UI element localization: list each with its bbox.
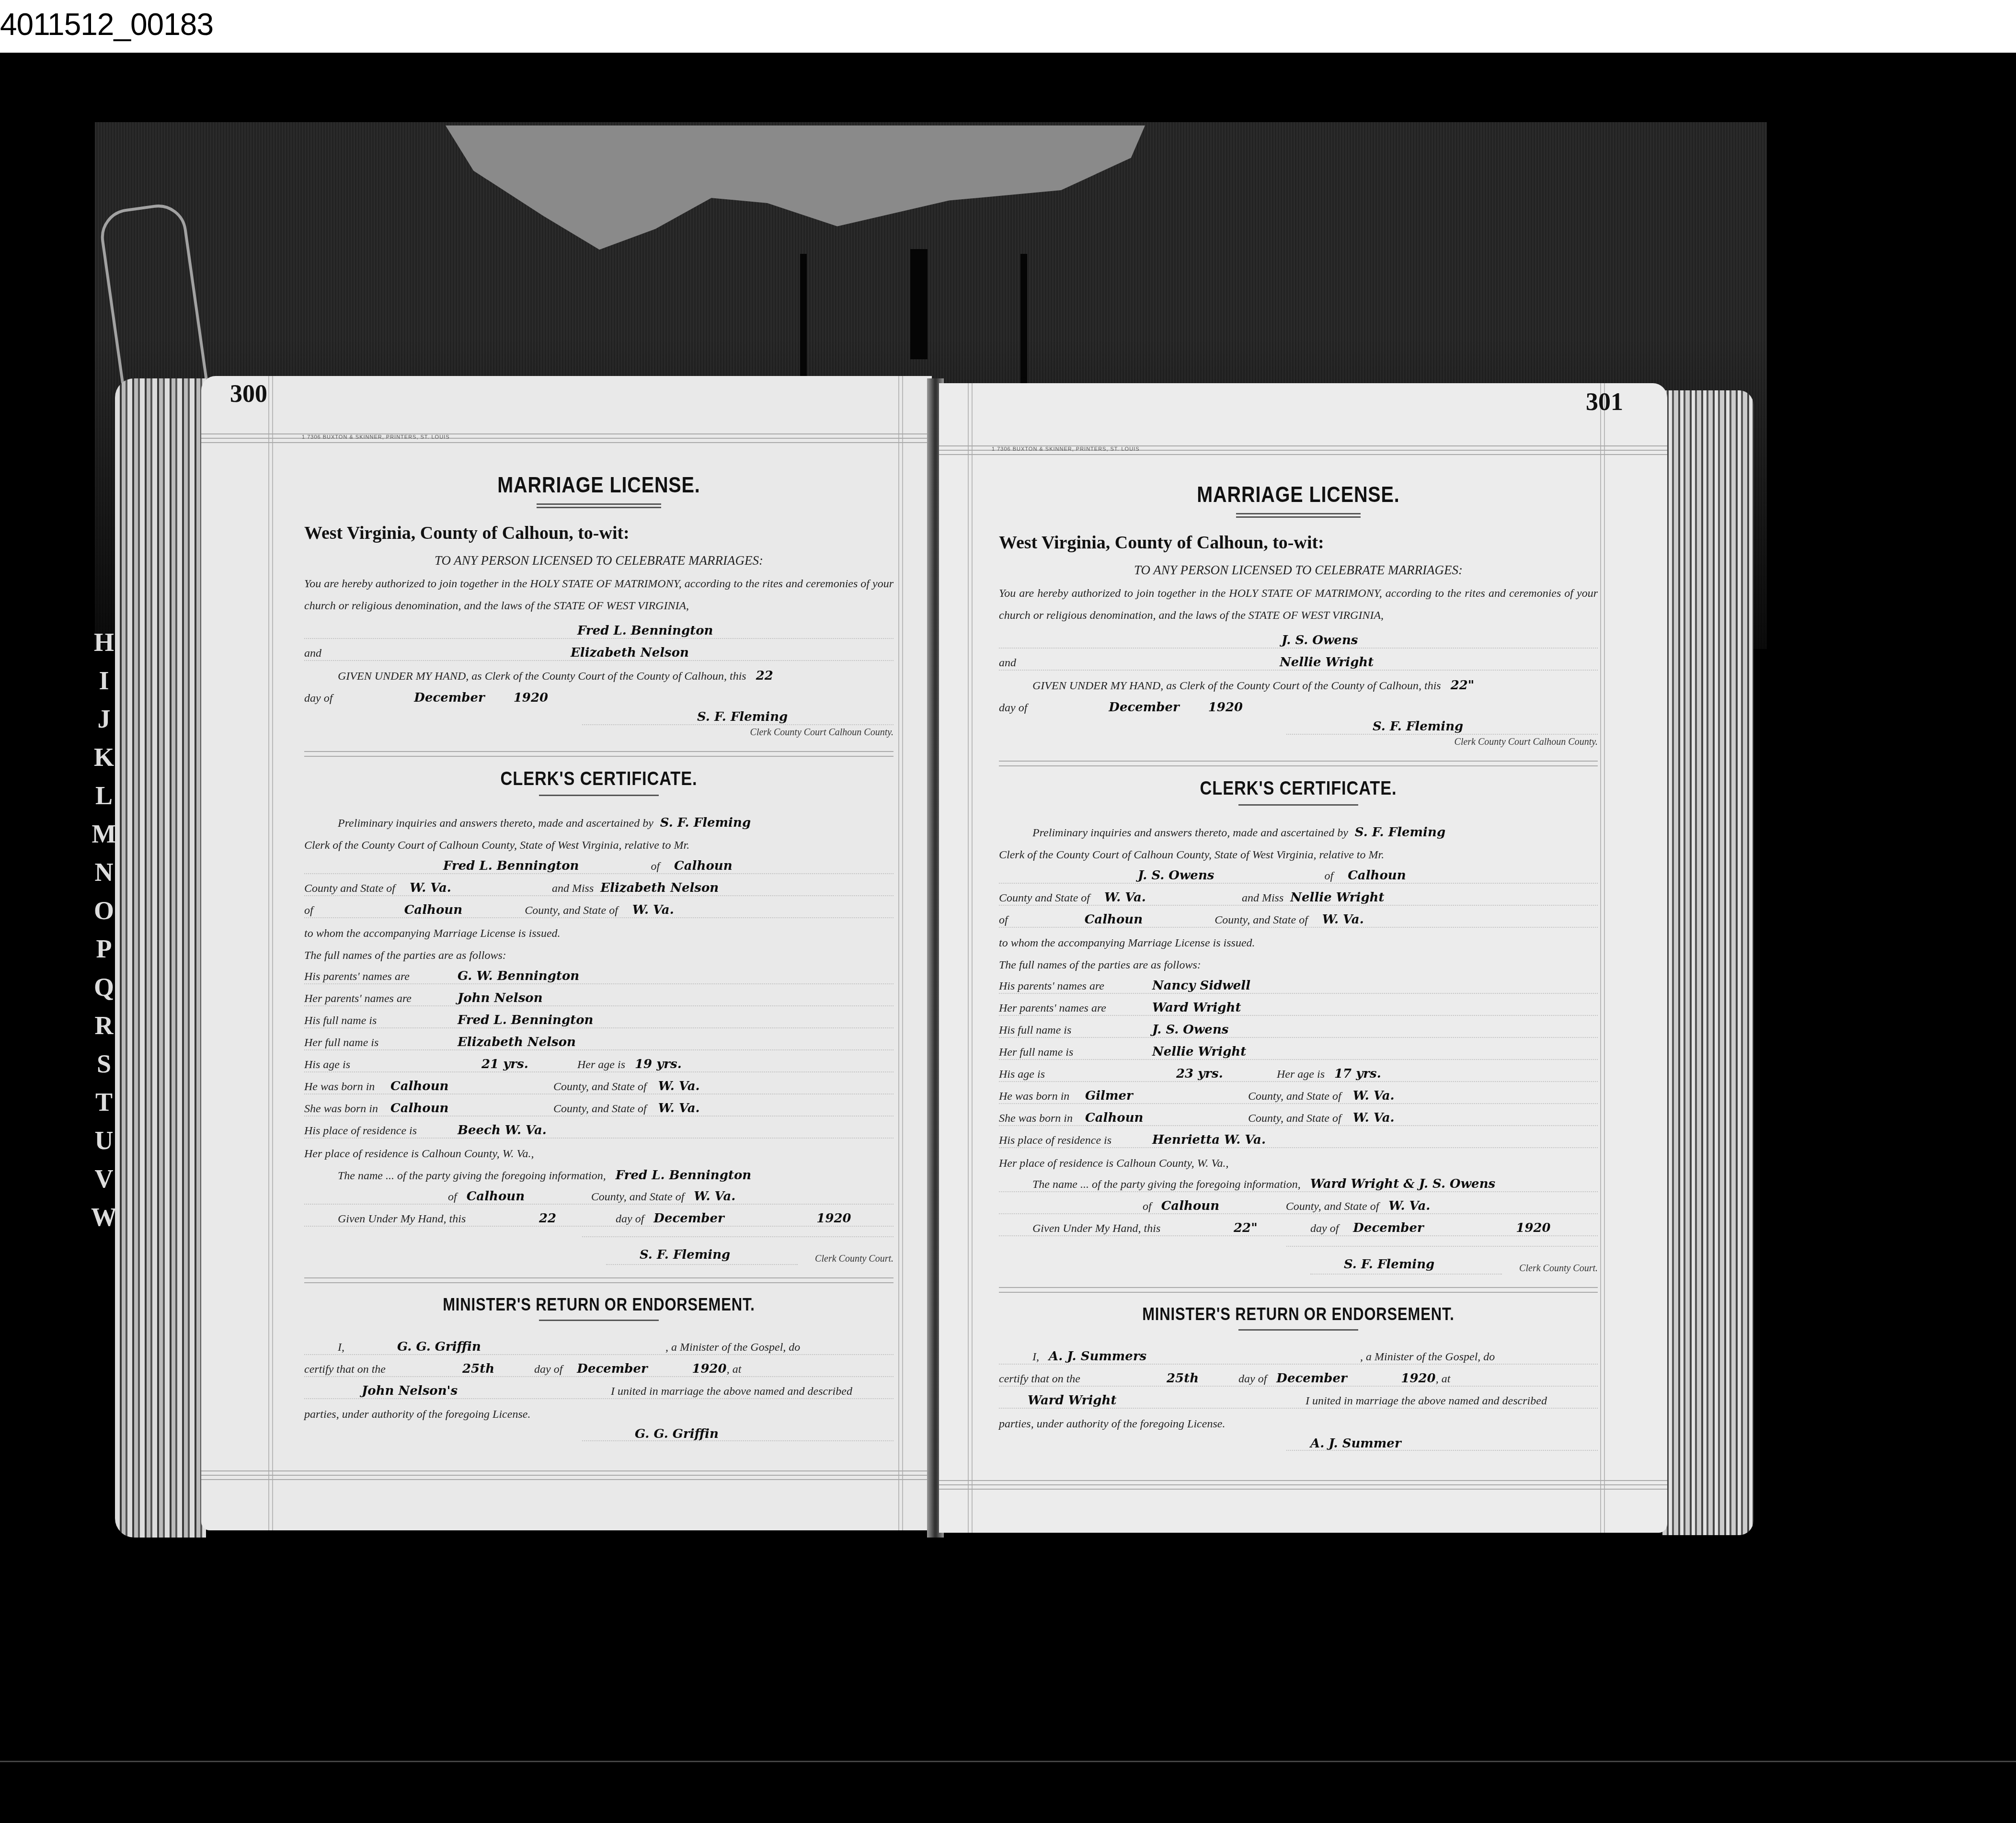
- footer-rule: [939, 1480, 1667, 1490]
- prelim-line: Preliminary inquiries and answers theret…: [304, 808, 893, 830]
- cert-given-field: Given Under My Hand, this 22" day of Dec…: [999, 1214, 1598, 1236]
- united-text: I united in marriage the above named and…: [1306, 1395, 1547, 1408]
- he-born-field: He was born in Gilmer County, and State …: [999, 1082, 1598, 1104]
- informant-county-field: of Calhoun County, and State of W. Va.: [999, 1192, 1598, 1214]
- he-born-county: Gilmer: [1085, 1089, 1229, 1103]
- margin-line: [968, 383, 969, 1533]
- his-name-label: His full name is: [999, 1024, 1123, 1037]
- title-rule: [539, 1320, 659, 1322]
- cert-given-field: Given Under My Hand, this 22 day of Dece…: [304, 1205, 893, 1227]
- miss-label: and Miss: [1242, 892, 1283, 905]
- title-rule: [539, 795, 659, 798]
- mr-name: Fred L. Bennington: [443, 859, 579, 873]
- given-line: GIVEN UNDER MY HAND, as Clerk of the Cou…: [999, 671, 1598, 693]
- of-label: of: [999, 914, 1008, 927]
- her-parents-label: Her parents' names are: [304, 992, 429, 1005]
- title-rule: [537, 503, 661, 508]
- mr-state: W. Va.: [410, 881, 451, 895]
- bride-name: Elizabeth Nelson: [571, 646, 689, 660]
- return-month: December: [1276, 1371, 1401, 1386]
- informant-name: Fred L. Bennington: [616, 1168, 751, 1183]
- mr-county: Calhoun: [674, 859, 732, 873]
- informant-state: W. Va.: [694, 1189, 735, 1204]
- margin-line: [898, 376, 899, 1530]
- his-name: Fred L. Bennington: [458, 1013, 593, 1027]
- her-age: 17 yrs.: [1334, 1067, 1381, 1081]
- miss-state: W. Va.: [1322, 912, 1364, 927]
- return-title: MINISTER'S RETURN OR ENDORSEMENT.: [345, 1295, 852, 1315]
- her-name-label: Her full name is: [999, 1046, 1123, 1059]
- given-text: GIVEN UNDER MY HAND, as Clerk of the Cou…: [1032, 680, 1441, 693]
- his-age: 21 yrs.: [481, 1057, 558, 1071]
- day-of-label: day of: [1310, 1222, 1339, 1235]
- his-residence: Henrietta W. Va.: [1152, 1133, 1266, 1147]
- license-title: MARRIAGE LICENSE.: [345, 472, 852, 498]
- her-name-field: Her full name is Elizabeth Nelson: [304, 1028, 893, 1050]
- signature-line: [1310, 1274, 1502, 1275]
- day-of-label: day of: [1238, 1373, 1267, 1386]
- her-parents: Ward Wright: [1152, 1001, 1241, 1015]
- clerk-signature-block: S. F. Fleming Clerk County Court Calhoun…: [304, 705, 893, 743]
- mr-field: Fred L. Bennington of Calhoun: [304, 852, 893, 874]
- of-label: of: [1143, 1200, 1152, 1213]
- county-and-state-label: County, and State of: [1214, 914, 1308, 927]
- her-name: Nellie Wright: [1152, 1045, 1246, 1059]
- signature-line: [1286, 1246, 1598, 1247]
- clerk-line-text: Clerk of the County Court of Calhoun Cou…: [999, 849, 1384, 862]
- county-and-state-label: County, and State of: [1248, 1090, 1341, 1103]
- given-text: GIVEN UNDER MY HAND, as Clerk of the Cou…: [338, 670, 746, 683]
- he-born-label: He was born in: [304, 1081, 390, 1094]
- authorization-text: You are hereby authorized to join togeth…: [999, 582, 1598, 627]
- county-and-state-label: County, and State of: [591, 1191, 685, 1204]
- prelim-text: Preliminary inquiries and answers theret…: [1032, 827, 1348, 840]
- miss-county: Calhoun: [1085, 912, 1143, 927]
- he-born-field: He was born in Calhoun County, and State…: [304, 1072, 893, 1094]
- day-of-label: day of: [999, 702, 1027, 715]
- bride-name: Nellie Wright: [1280, 655, 1374, 670]
- informant-county: Calhoun: [1161, 1199, 1267, 1213]
- day-of-label: day of: [304, 692, 332, 705]
- return-title: MINISTER'S RETURN OR ENDORSEMENT.: [1041, 1304, 1556, 1324]
- she-born-field: She was born in Calhoun County, and Stat…: [304, 1094, 893, 1117]
- certify-date-field: certify that on the 25th day of December…: [304, 1355, 893, 1377]
- section-rule: [304, 1277, 893, 1283]
- groom-field: Fred L. Bennington: [304, 617, 893, 639]
- page-number: 301: [1586, 388, 1623, 416]
- i-label: I,: [338, 1341, 344, 1354]
- certificate-title: CLERK'S CERTIFICATE.: [1041, 778, 1556, 799]
- minister-signature-block: A. J. Summer: [999, 1431, 1598, 1469]
- his-residence-field: His place of residence is Beech W. Va.: [304, 1117, 893, 1139]
- his-parents: Nancy Sidwell: [1152, 979, 1250, 993]
- she-born-county: Calhoun: [1085, 1111, 1229, 1125]
- and-label: and: [999, 657, 1016, 670]
- clerk-signature-block: S. F. Fleming Clerk County Court Calhoun…: [999, 715, 1598, 753]
- given-year: 1920: [514, 691, 548, 705]
- her-residence-text: Her place of residence is Calhoun County…: [304, 1148, 534, 1161]
- place-field: John Nelson's I united in marriage the a…: [304, 1377, 893, 1399]
- informant-line: The name ... of the party giving the for…: [999, 1170, 1598, 1192]
- minister-signature-block: G. G. Griffin: [304, 1421, 893, 1459]
- her-residence-text: Her place of residence is Calhoun County…: [999, 1157, 1229, 1170]
- cert-clerk-caption: Clerk County Court.: [1519, 1263, 1598, 1274]
- minister-name: G. G. Griffin: [397, 1340, 665, 1354]
- clerk-caption: Clerk County Court Calhoun County.: [1455, 737, 1598, 748]
- cert-given-label: Given Under My Hand, this: [338, 1213, 539, 1226]
- mr-name: J. S. Owens: [1138, 868, 1214, 883]
- prelim-by: S. F. Fleming: [660, 816, 751, 830]
- certificate-title: CLERK'S CERTIFICATE.: [345, 768, 852, 790]
- given-date-line: day of December 1920: [999, 693, 1598, 715]
- margin-line: [268, 376, 269, 1530]
- her-parents-label: Her parents' names are: [999, 1002, 1123, 1015]
- miss-county-field: of Calhoun County, and State of W. Va.: [304, 896, 893, 918]
- county-and-state-label: County, and State of: [1286, 1200, 1379, 1213]
- title-rule: [1238, 1329, 1358, 1332]
- page-edges-right: [1662, 390, 1753, 1535]
- minister-signature: A. J. Summer: [1310, 1436, 1401, 1451]
- his-parents-label: His parents' names are: [999, 980, 1123, 993]
- day-of-label: day of: [616, 1213, 644, 1226]
- clerk-line-text: Clerk of the County Court of Calhoun Cou…: [304, 839, 689, 852]
- cert-given-label: Given Under My Hand, this: [1032, 1222, 1234, 1235]
- cert-clerk-caption: Clerk County Court.: [815, 1253, 893, 1265]
- signature-line: [606, 1264, 798, 1265]
- county-and-state-label: County, and State of: [525, 904, 618, 917]
- prelim-text: Preliminary inquiries and answers theret…: [338, 817, 653, 830]
- he-born-state: W. Va.: [658, 1079, 700, 1094]
- image-id-strip: 4011512_00183: [0, 0, 2016, 53]
- addressee-line: TO ANY PERSON LICENSED TO CELEBRATE MARR…: [999, 563, 1598, 578]
- margin-line: [902, 376, 903, 1530]
- miss-county-field: of Calhoun County, and State of W. Va.: [999, 906, 1598, 928]
- authorization-text: You are hereby authorized to join togeth…: [304, 573, 893, 617]
- of-label: of: [448, 1191, 457, 1204]
- her-parents-field: Her parents' names are Ward Wright: [999, 994, 1598, 1016]
- signature-line: [582, 1236, 893, 1237]
- printer-mark: 1 7306 BUXTON & SKINNER, PRINTERS, ST. L…: [992, 446, 1140, 452]
- minister-name: A. J. Summers: [1049, 1349, 1360, 1364]
- issued-text: to whom the accompanying Marriage Licens…: [304, 927, 561, 940]
- informant-label: The name ... of the party giving the for…: [338, 1170, 606, 1183]
- informant-county-field: of Calhoun County, and State of W. Va.: [304, 1183, 893, 1205]
- minister-field: I, G. G. Griffin , a Minister of the Gos…: [304, 1333, 893, 1355]
- bride-field: and Nellie Wright: [999, 649, 1598, 671]
- her-age-label: Her age is: [1277, 1068, 1325, 1081]
- miss-name: Elizabeth Nelson: [600, 881, 719, 895]
- parties-text: The full names of the parties are as fol…: [304, 949, 506, 962]
- cert-given-month: December: [1353, 1221, 1516, 1235]
- given-month: December: [414, 691, 484, 705]
- cert-clerk-signature-block: S. F. Fleming Clerk County Court.: [999, 1236, 1598, 1279]
- united-text: I united in marriage the above named and…: [611, 1385, 852, 1398]
- clerk-relative-line: Clerk of the County Court of Calhoun Cou…: [304, 830, 893, 852]
- day-of-label: day of: [534, 1363, 562, 1376]
- county-state-label: County and State of: [304, 882, 395, 895]
- given-line: GIVEN UNDER MY HAND, as Clerk of the Cou…: [304, 661, 893, 683]
- mr-county: Calhoun: [1348, 868, 1406, 883]
- minister-text: , a Minister of the Gospel, do: [665, 1341, 800, 1354]
- his-age: 23 yrs.: [1176, 1067, 1258, 1081]
- margin-line: [1600, 383, 1601, 1533]
- she-born-state: W. Va.: [658, 1101, 700, 1116]
- prelim-line: Preliminary inquiries and answers theret…: [999, 818, 1598, 840]
- informant-label: The name ... of the party giving the for…: [1032, 1178, 1301, 1191]
- certify-date-field: certify that on the 25th day of December…: [999, 1365, 1598, 1387]
- cert-clerk-signature-block: S. F. Fleming Clerk County Court.: [304, 1227, 893, 1270]
- informant-line: The name ... of the party giving the for…: [304, 1161, 893, 1183]
- signature-line: [1286, 734, 1598, 735]
- bride-field: and Elizabeth Nelson: [304, 639, 893, 661]
- minister-signature: G. G. Griffin: [635, 1427, 719, 1441]
- her-age-label: Her age is: [577, 1059, 625, 1071]
- ledger-page-right: 301 1 7306 BUXTON & SKINNER, PRINTERS, S…: [939, 383, 1667, 1533]
- mr-field: J. S. Owens of Calhoun: [999, 862, 1598, 884]
- at-label: , at: [727, 1363, 742, 1376]
- jurisdiction-line: West Virginia, County of Calhoun, to-wit…: [304, 523, 893, 544]
- his-residence-label: His place of residence is: [999, 1134, 1123, 1147]
- her-residence-line: Her place of residence is Calhoun County…: [304, 1139, 893, 1161]
- clerk-signature: S. F. Fleming: [697, 710, 788, 724]
- frame-bottom-rule: [0, 1761, 2016, 1762]
- place-field: Ward Wright I united in marriage the abo…: [999, 1387, 1598, 1409]
- authority-line: parties, under authority of the foregoin…: [304, 1399, 893, 1421]
- his-age-label: His age is: [304, 1059, 429, 1071]
- signature-line: [582, 1440, 893, 1441]
- she-born-label: She was born in: [999, 1112, 1085, 1125]
- informant-state: W. Va.: [1388, 1199, 1430, 1213]
- groom-name: Fred L. Bennington: [577, 624, 713, 638]
- cert-given-month: December: [653, 1211, 816, 1226]
- return-place: John Nelson's: [362, 1384, 611, 1398]
- miss-state: W. Va.: [632, 903, 674, 917]
- her-parents: John Nelson: [458, 991, 543, 1005]
- certify-label: certify that on the: [999, 1373, 1167, 1386]
- license-form-right: MARRIAGE LICENSE. West Virginia, County …: [999, 481, 1598, 1469]
- prelim-by: S. F. Fleming: [1355, 825, 1445, 840]
- footer-rule: [201, 1470, 932, 1480]
- image-id-label: 4011512_00183: [0, 7, 213, 42]
- her-age: 19 yrs.: [635, 1057, 682, 1071]
- return-place: Ward Wright: [1028, 1393, 1306, 1408]
- license-title: MARRIAGE LICENSE.: [1041, 481, 1556, 507]
- cert-given-year: 1920: [816, 1211, 851, 1226]
- cert-given-year: 1920: [1516, 1221, 1550, 1235]
- parties-line: The full names of the parties are as fol…: [304, 940, 893, 962]
- return-year: 1920: [692, 1362, 726, 1376]
- county-and-state-label: County, and State of: [553, 1081, 647, 1094]
- clerk-caption: Clerk County Court Calhoun County.: [750, 727, 893, 738]
- mr-state: W. Va.: [1104, 890, 1146, 905]
- issued-line: to whom the accompanying Marriage Licens…: [999, 928, 1598, 950]
- issued-line: to whom the accompanying Marriage Licens…: [304, 918, 893, 940]
- he-born-label: He was born in: [999, 1090, 1085, 1103]
- and-label: and: [304, 647, 321, 660]
- jurisdiction-line: West Virginia, County of Calhoun, to-wit…: [999, 532, 1598, 553]
- margin-line: [272, 376, 273, 1530]
- section-rule: [304, 751, 893, 757]
- certify-label: certify that on the: [304, 1363, 462, 1376]
- mr-state-field: County and State of W. Va. and Miss Nell…: [999, 884, 1598, 906]
- his-name: J. S. Owens: [1152, 1023, 1228, 1037]
- parties-line: The full names of the parties are as fol…: [999, 950, 1598, 972]
- page-number: 300: [230, 380, 267, 408]
- given-year: 1920: [1208, 700, 1243, 715]
- his-parents-label: His parents' names are: [304, 970, 429, 983]
- margin-line: [972, 383, 973, 1533]
- county-and-state-label: County, and State of: [1248, 1112, 1341, 1125]
- given-day: 22: [756, 669, 773, 683]
- she-born-state: W. Va.: [1353, 1111, 1395, 1125]
- miss-name: Nellie Wright: [1290, 890, 1384, 905]
- title-rule: [1236, 513, 1361, 518]
- title-rule: [1238, 804, 1358, 807]
- she-born-label: She was born in: [304, 1103, 390, 1116]
- signature-line: [582, 724, 893, 725]
- issued-text: to whom the accompanying Marriage Licens…: [999, 937, 1255, 950]
- given-day: 22": [1451, 678, 1475, 693]
- county-and-state-label: County, and State of: [553, 1103, 647, 1116]
- he-born-county: Calhoun: [390, 1079, 534, 1094]
- cert-clerk-signature: S. F. Fleming: [1344, 1257, 1434, 1272]
- parties-text: The full names of the parties are as fol…: [999, 959, 1201, 972]
- minister-field: I, A. J. Summers , a Minister of the Gos…: [999, 1343, 1598, 1365]
- his-residence-field: His place of residence is Henrietta W. V…: [999, 1126, 1598, 1148]
- his-parents-field: His parents' names are G. W. Bennington: [304, 962, 893, 984]
- section-rule: [999, 761, 1598, 766]
- of-label: of: [304, 904, 313, 917]
- informant-name: Ward Wright & J. S. Owens: [1310, 1177, 1495, 1191]
- of-label: of: [1324, 870, 1333, 883]
- printer-mark: 1 7306 BUXTON & SKINNER, PRINTERS, ST. L…: [302, 434, 450, 440]
- return-month: December: [577, 1362, 692, 1376]
- return-day: 25th: [462, 1362, 534, 1376]
- her-residence-line: Her place of residence is Calhoun County…: [999, 1148, 1598, 1170]
- miss-label: and Miss: [552, 882, 594, 895]
- miss-county: Calhoun: [404, 903, 462, 917]
- her-name-label: Her full name is: [304, 1037, 429, 1049]
- she-born-county: Calhoun: [390, 1101, 534, 1116]
- ledger-page-left: 300 1 7306 BUXTON & SKINNER, PRINTERS, S…: [201, 376, 932, 1530]
- groom-field: J. S. Owens: [999, 627, 1598, 649]
- age-field: His age is 21 yrs. Her age is 19 yrs.: [304, 1050, 893, 1072]
- margin-line: [1604, 383, 1605, 1533]
- i-label: I,: [1032, 1351, 1039, 1364]
- cert-given-day: 22: [539, 1211, 616, 1226]
- cert-given-day: 22": [1234, 1221, 1310, 1235]
- his-name-field: His full name is J. S. Owens: [999, 1016, 1598, 1038]
- authority-text: parties, under authority of the foregoin…: [999, 1418, 1225, 1431]
- he-born-state: W. Va.: [1353, 1089, 1395, 1103]
- given-month: December: [1109, 700, 1179, 715]
- return-day: 25th: [1167, 1371, 1238, 1386]
- his-residence: Beech W. Va.: [458, 1123, 547, 1138]
- page-edges-left: [115, 378, 206, 1538]
- addressee-line: TO ANY PERSON LICENSED TO CELEBRATE MARR…: [304, 553, 893, 568]
- his-name-label: His full name is: [304, 1014, 429, 1027]
- her-name: Elizabeth Nelson: [458, 1035, 576, 1049]
- at-label: , at: [1436, 1373, 1451, 1386]
- given-date-line: day of December 1920: [304, 683, 893, 705]
- his-age-label: His age is: [999, 1068, 1123, 1081]
- his-parents-field: His parents' names are Nancy Sidwell: [999, 972, 1598, 994]
- her-parents-field: Her parents' names are John Nelson: [304, 984, 893, 1006]
- her-name-field: Her full name is Nellie Wright: [999, 1038, 1598, 1060]
- she-born-field: She was born in Calhoun County, and Stat…: [999, 1104, 1598, 1126]
- minister-text: , a Minister of the Gospel, do: [1360, 1351, 1495, 1364]
- authority-line: parties, under authority of the foregoin…: [999, 1409, 1598, 1431]
- his-parents: G. W. Bennington: [458, 969, 579, 983]
- clerk-signature: S. F. Fleming: [1373, 719, 1463, 734]
- clerk-relative-line: Clerk of the County Court of Calhoun Cou…: [999, 840, 1598, 862]
- informant-county: Calhoun: [467, 1189, 572, 1204]
- return-year: 1920: [1401, 1371, 1435, 1386]
- authority-text: parties, under authority of the foregoin…: [304, 1408, 530, 1421]
- license-form-left: MARRIAGE LICENSE. West Virginia, County …: [304, 472, 893, 1459]
- county-state-label: County and State of: [999, 892, 1090, 905]
- cert-clerk-signature: S. F. Fleming: [640, 1248, 730, 1262]
- his-residence-label: His place of residence is: [304, 1125, 429, 1138]
- section-rule: [999, 1287, 1598, 1293]
- age-field: His age is 23 yrs. Her age is 17 yrs.: [999, 1060, 1598, 1082]
- his-name-field: His full name is Fred L. Bennington: [304, 1006, 893, 1028]
- of-label: of: [651, 860, 660, 873]
- mr-state-field: County and State of W. Va. and Miss Eliz…: [304, 874, 893, 896]
- groom-name: J. S. Owens: [1282, 633, 1358, 648]
